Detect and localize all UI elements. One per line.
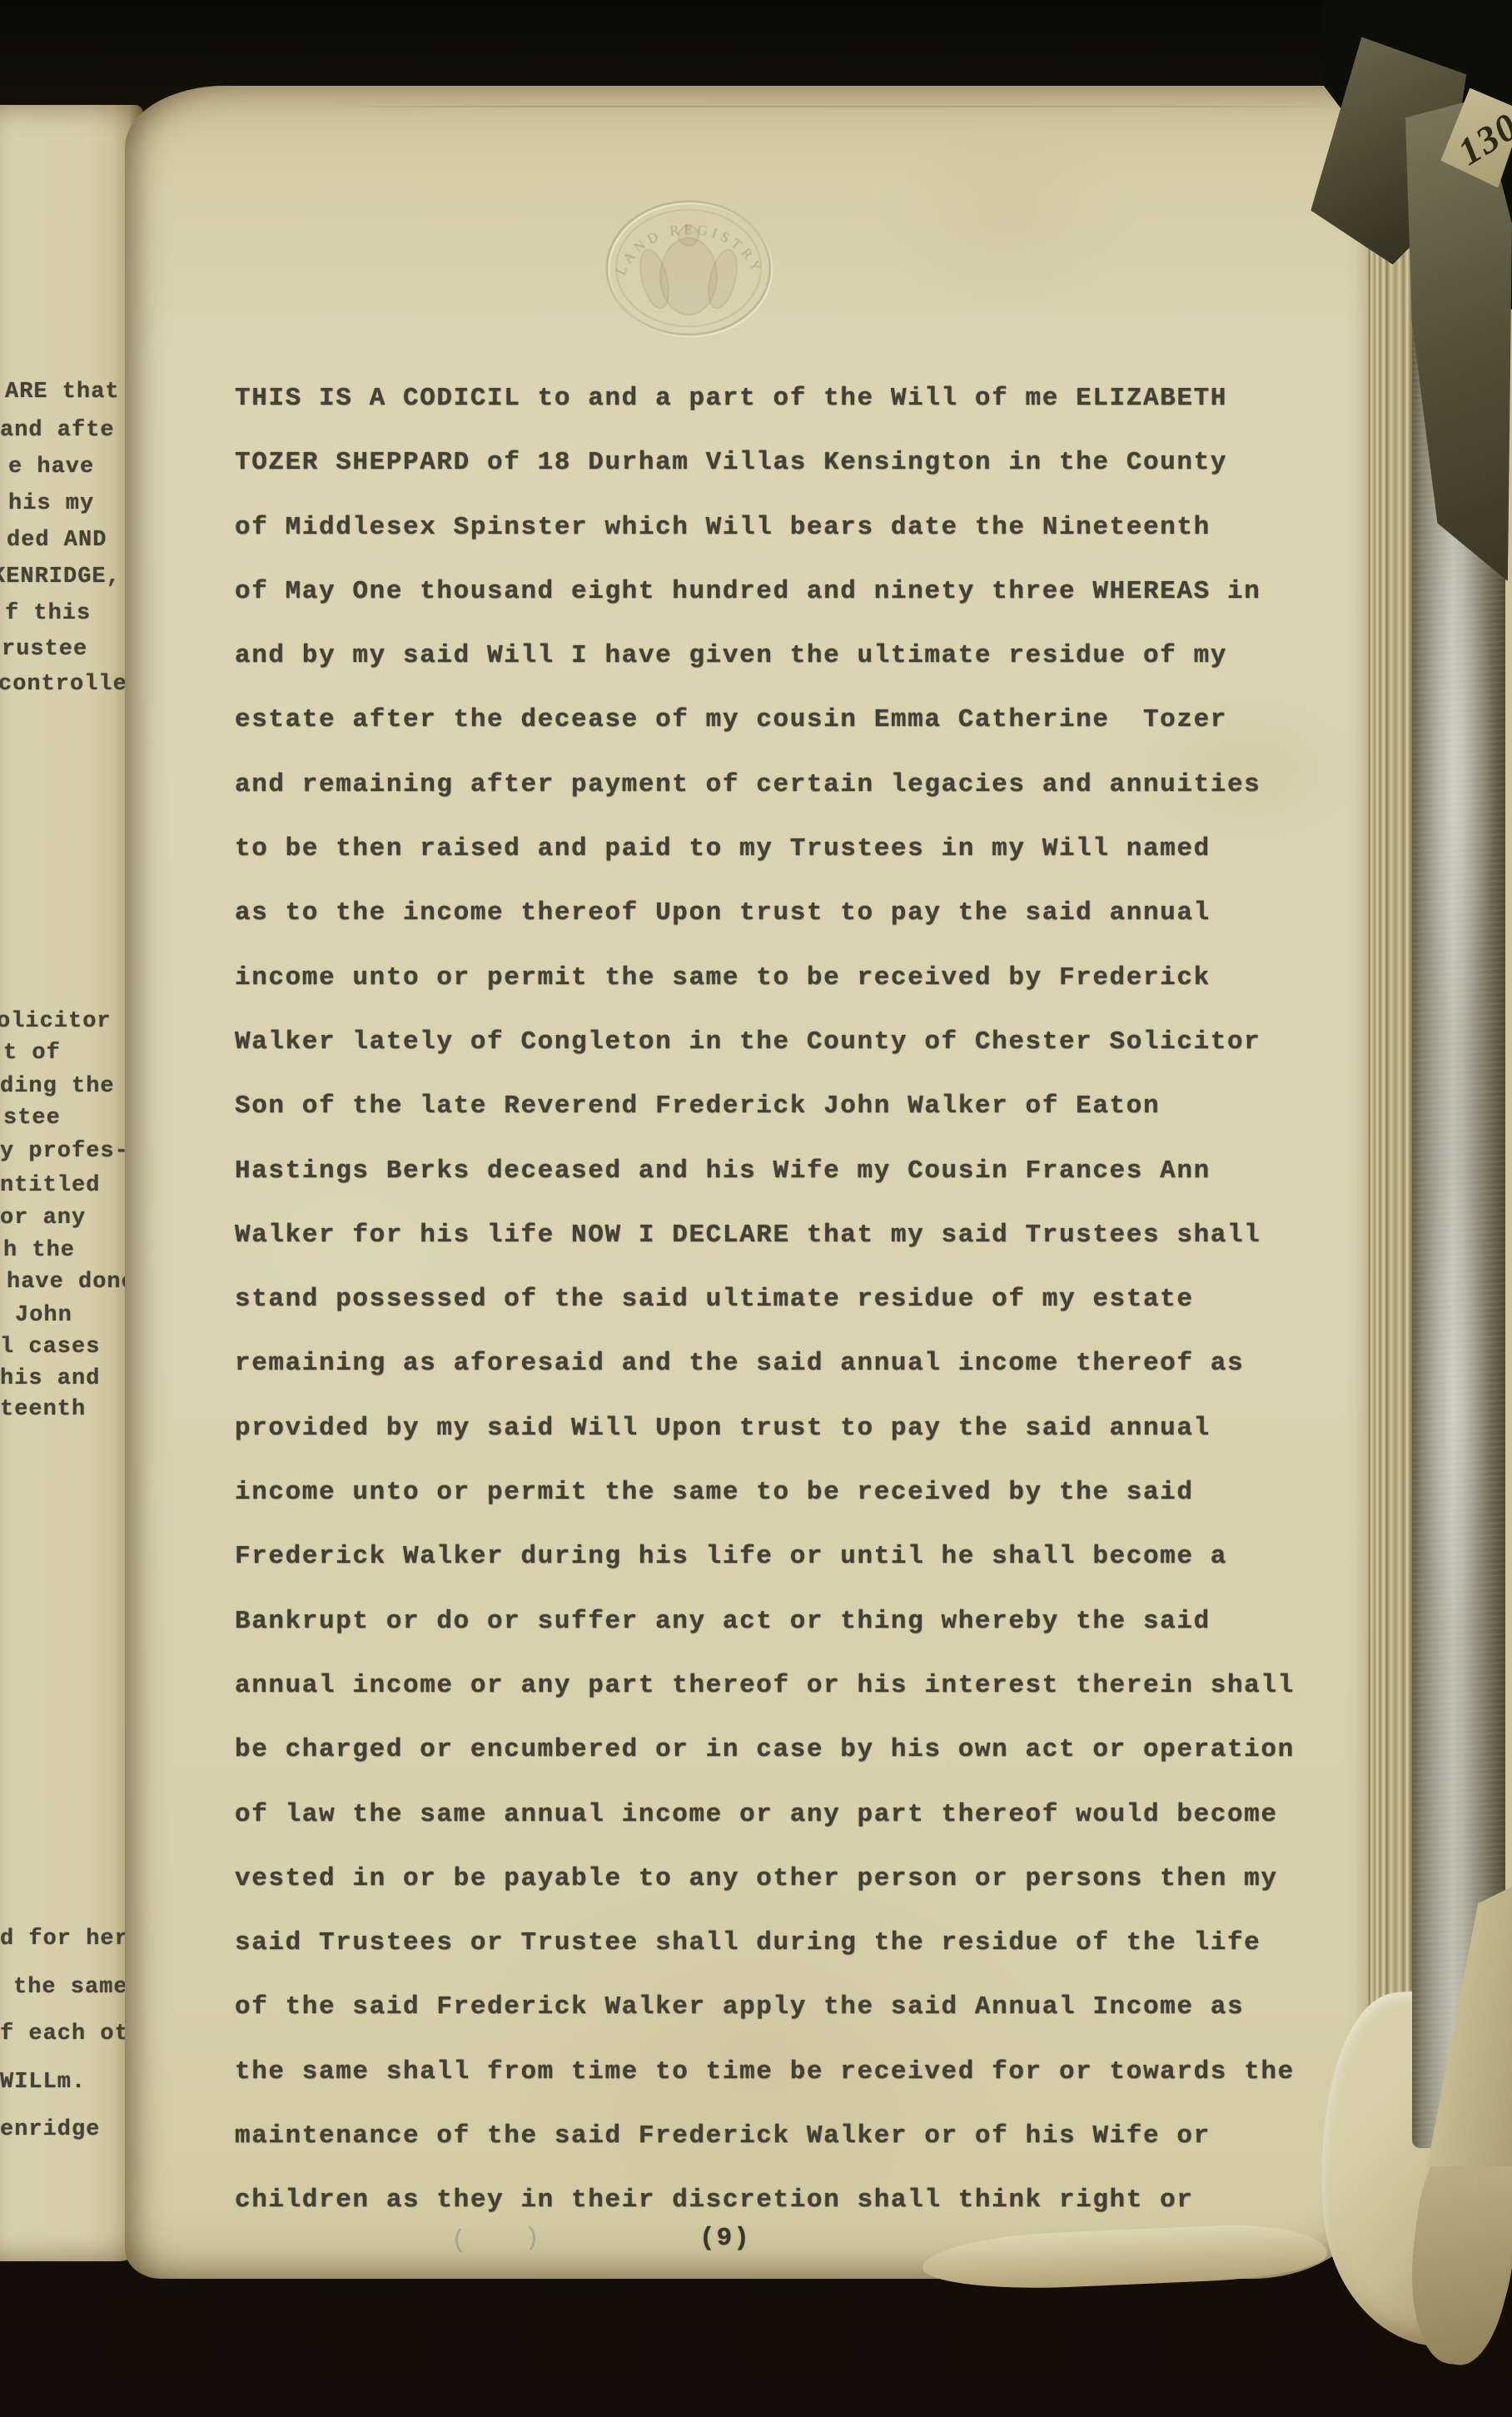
document-line: children as they in their discretion sha… (235, 2168, 1325, 2232)
document-line: remaining as aforesaid and the said annu… (235, 1331, 1325, 1395)
previous-page-text-fragment: his and (0, 1366, 100, 1391)
document-line: annual income or any part thereof or his… (235, 1654, 1325, 1718)
document-line: Walker lately of Congleton in the County… (235, 1010, 1325, 1074)
document-line: Hastings Berks deceased and his Wife my … (235, 1139, 1325, 1203)
document-line: maintenance of the said Frederick Walker… (235, 2104, 1325, 2168)
document-line: Bankrupt or do or suffer any act or thin… (235, 1589, 1325, 1654)
previous-page-text-fragment: the same (13, 1975, 128, 2000)
previous-page-text-fragment: ntitled (0, 1173, 100, 1198)
typed-text-block: THIS IS A CODICIL to and a part of the W… (235, 366, 1325, 2233)
document-line: and by my said Will I have given the ult… (235, 624, 1325, 688)
previous-page-text-fragment: controlle (0, 672, 127, 697)
previous-page-text-fragment: d for her (0, 1927, 129, 1952)
scanned-book-photo: ARE that and afte e have his my ded AND … (0, 0, 1512, 2417)
document-line: estate after the decease of my cousin Em… (235, 688, 1325, 752)
document-line: the same shall from time to time be rece… (235, 2040, 1325, 2104)
land-registry-embossed-seal: LAND REGISTRY (601, 197, 778, 341)
previous-page-text-fragment: y profes- (0, 1139, 129, 1164)
document-line: stand possessed of the said ultimate res… (235, 1267, 1325, 1331)
previous-page-text-fragment: e have (8, 455, 94, 480)
previous-page-text-fragment: John (15, 1303, 72, 1328)
document-line: income unto or permit the same to be rec… (235, 1460, 1325, 1524)
document-line: of law the same annual income or any par… (235, 1783, 1325, 1847)
document-line: Son of the late Reverend Frederick John … (235, 1074, 1325, 1138)
previous-page-text-fragment: olicitor (0, 1009, 112, 1034)
previous-page-text-fragment: f this (5, 601, 91, 626)
document-line: of May One thousand eight hundred and ni… (235, 559, 1325, 624)
previous-page-text-fragment: his my (8, 491, 94, 516)
previous-page-edge: ARE that and afte e have his my ded AND … (0, 105, 143, 2261)
previous-page-text-fragment: teenth (0, 1397, 86, 1422)
previous-page-text-fragment: and afte (0, 418, 115, 443)
previous-page-text-fragment: l cases (0, 1335, 100, 1360)
document-line: of the said Frederick Walker apply the s… (235, 1975, 1325, 2039)
page-number: (9) (699, 2224, 751, 2253)
document-line: of Middlesex Spinster which Will bears d… (235, 495, 1325, 559)
document-line: and remaining after payment of certain l… (235, 753, 1325, 817)
document-line: vested in or be payable to any other per… (235, 1847, 1325, 1911)
document-line: THIS IS A CODICIL to and a part of the W… (235, 366, 1325, 430)
document-page: LAND REGISTRY THIS IS A CODICIL to and a… (125, 86, 1375, 2279)
document-line: to be then raised and paid to my Trustee… (235, 817, 1325, 881)
previous-page-text-fragment: rustee (2, 637, 87, 662)
previous-page-text-fragment: stee (3, 1106, 61, 1131)
document-line: income unto or permit the same to be rec… (235, 946, 1325, 1010)
document-line: Walker for his life NOW I DECLARE that m… (235, 1203, 1325, 1267)
previous-page-text-fragment: WILLm. (0, 2070, 86, 2095)
previous-page-text-fragment: KENRIDGE, (0, 564, 121, 589)
previous-page-text-fragment: or any (0, 1206, 86, 1231)
document-line: as to the income thereof Upon trust to p… (235, 881, 1325, 945)
previous-page-text-fragment: h the (3, 1238, 75, 1263)
previous-page-text-fragment: t of (3, 1041, 61, 1066)
document-line: Frederick Walker during his life or unti… (235, 1524, 1325, 1589)
document-line: be charged or encumbered or in case by h… (235, 1718, 1325, 1782)
previous-page-text-fragment: ding the (0, 1074, 115, 1099)
document-line: said Trustees or Trustee shall during th… (235, 1911, 1325, 1975)
document-line: provided by my said Will Upon trust to p… (235, 1396, 1325, 1460)
page-edge-stack (1367, 107, 1415, 2180)
previous-page-text-fragment: f each oth (0, 2022, 143, 2046)
previous-page-text-fragment: enridge (0, 2117, 100, 2142)
faint-ink-mark: ( ) (450, 2224, 561, 2256)
previous-page-text-fragment: have done (7, 1270, 136, 1295)
previous-page-text-fragment: ARE that (5, 380, 120, 405)
previous-page-text-fragment: ded AND (7, 528, 107, 553)
document-line: TOZER SHEPPARD of 18 Durham Villas Kensi… (235, 430, 1325, 495)
